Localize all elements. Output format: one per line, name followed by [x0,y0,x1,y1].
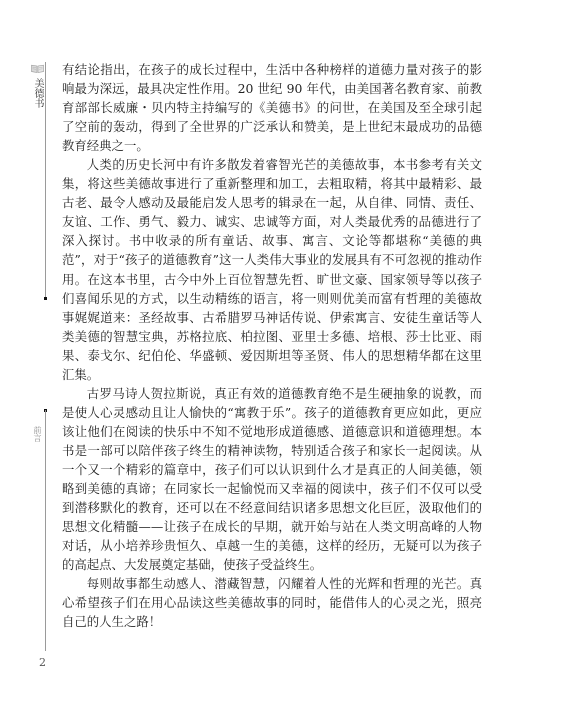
running-book-title: 美德书 [32,78,43,108]
open-book-icon [31,64,44,73]
margin-rule-bottom [45,410,46,651]
paragraph-1: 有结论指出，在孩子的成长过程中，生活中各种榜样的道德力量对孩子的影响最为深远，最… [62,60,482,155]
margin-rule-end-marker [44,297,47,300]
paragraph-3: 古罗马诗人贺拉斯说，真正有效的道德教育绝不是生硬抽象的说教，而是使人心灵感动且让… [62,384,482,574]
margin-rule-top [45,62,46,298]
body-text: 有结论指出，在孩子的成长过程中，生活中各种榜样的道德力量对孩子的影响最为深远，最… [62,60,482,631]
paragraph-2: 人类的历史长河中有许多散发着睿智光芒的美德故事，本书参考有关文集，将这些美德故事… [62,155,482,384]
book-page: 美德书 前言 2 有结论指出，在孩子的成长过程中，生活中各种榜样的道德力量对孩子… [0,0,584,712]
running-section-label: 前言 [33,426,42,442]
page-number: 2 [39,656,46,669]
paragraph-4: 每则故事都生动感人、潜藏智慧，闪耀着人性的光辉和哲理的光芒。真心希望孩子们在用心… [62,574,482,631]
